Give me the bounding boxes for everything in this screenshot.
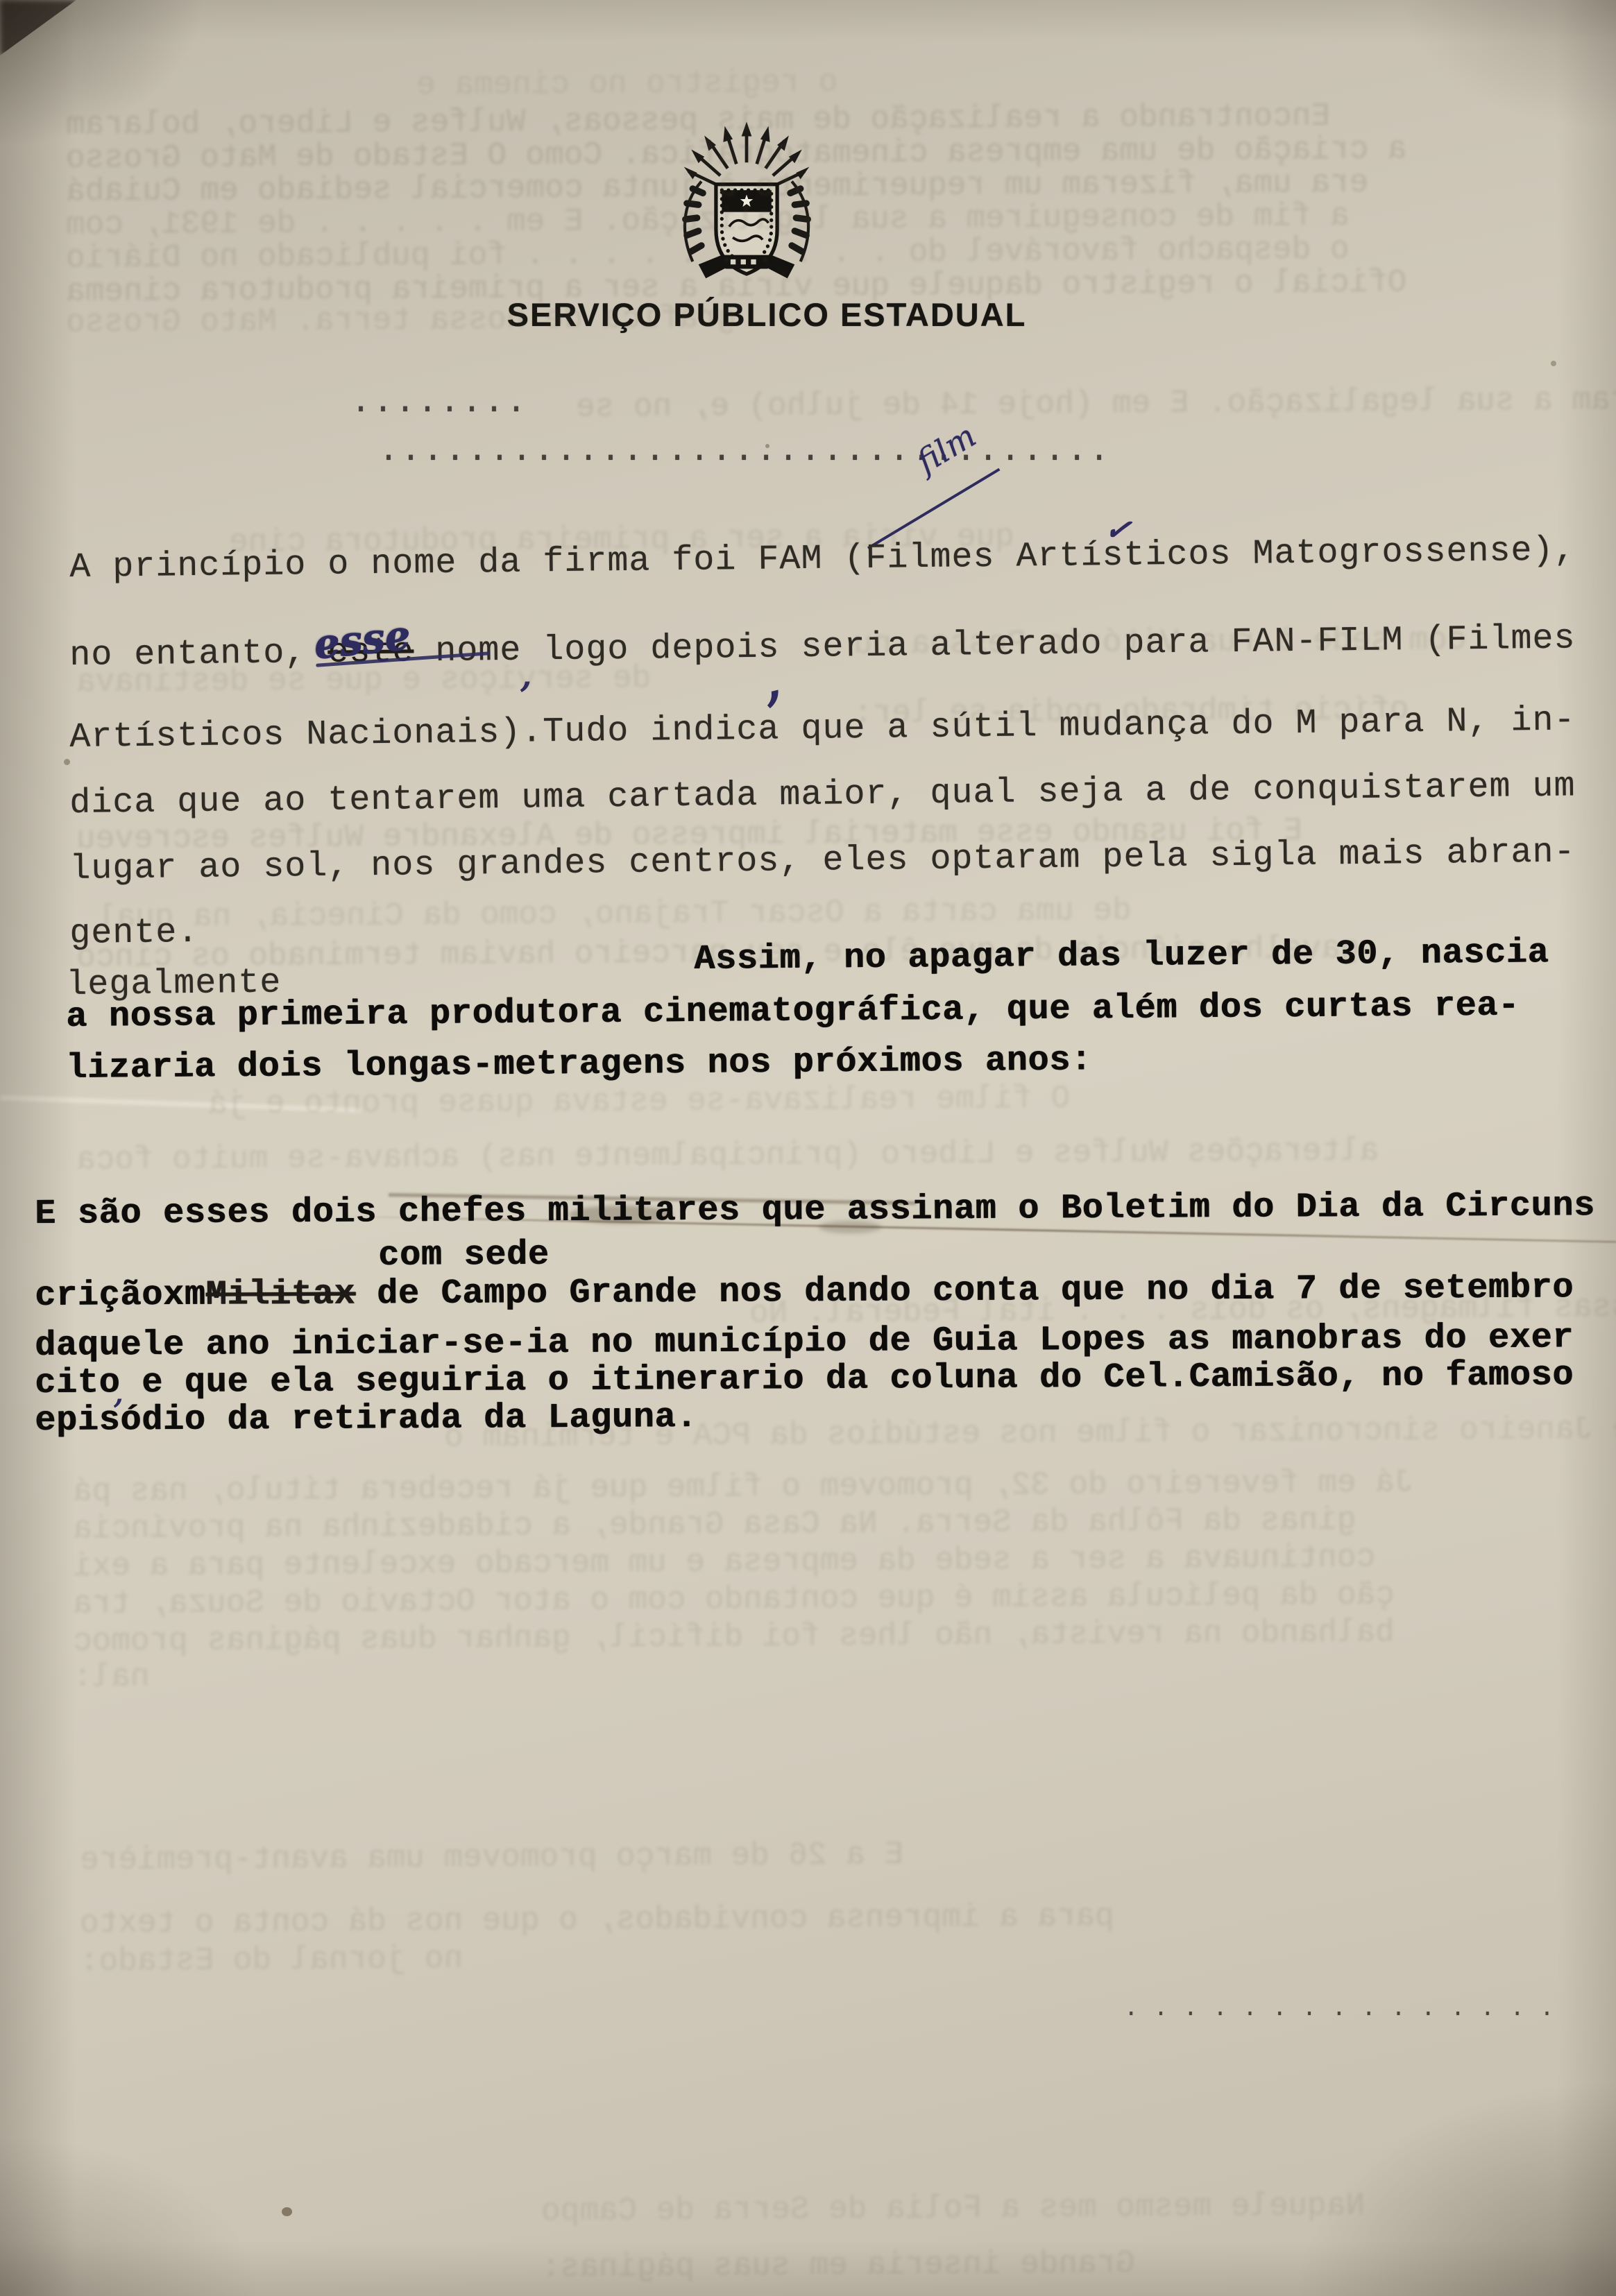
typed-line: a nossa primeira produtora cinematográfi… <box>66 986 1520 1037</box>
typed-line: E são esses dois chefes militares que as… <box>35 1186 1595 1234</box>
typed-line: cito e que ela seguiria o itinerario da … <box>35 1355 1574 1403</box>
struck-word: Militax <box>205 1275 355 1315</box>
handwritten-comma: , <box>114 1378 124 1410</box>
bleedthrough-line: de uma carta a Oscar Trajano, como da Ci… <box>97 893 1132 936</box>
bleedthrough-line: de serviços e que se destinava <box>76 660 651 701</box>
bleedthrough-line: ofício timbrado podia-se ler: <box>853 692 1409 732</box>
bleedthrough-line: no jornal do Estado: <box>80 1941 463 1980</box>
corner-shadow <box>0 0 76 55</box>
bleedthrough-line: Naquele mesmo mes a Folia de Serra de Ca… <box>541 2188 1365 2229</box>
bleedthrough-line: balhando na revista, não lhes foi difíci… <box>73 1614 1395 1659</box>
bleedthrough-line: tiram a sua legalização. E em (hoje 14 d… <box>576 382 1616 426</box>
bleedthrough-line: alterações Wulfes e Libero (principalmen… <box>76 1133 1379 1178</box>
typed-segment: criçãoxm <box>35 1276 206 1316</box>
bleedthrough-line: o registro no cinema e <box>416 65 838 103</box>
stain-speck <box>64 759 70 765</box>
bleedthrough-line: para a imprensa convidados, o que nos dá… <box>80 1899 1114 1942</box>
stain-speck <box>1551 361 1556 366</box>
bleedthrough-line: gráfica de nossa terra. Mato Grosso <box>66 300 737 341</box>
bleedthrough-line: Grande inseria em suas páginas: <box>541 2245 1135 2286</box>
inserted-phrase-com-sede: com sede <box>378 1235 550 1276</box>
stain-speck <box>282 2207 292 2216</box>
bleedthrough-line: O filme realizava-se estava quase pronto… <box>208 1081 1071 1123</box>
bleedthrough-line: Concluídas essas filmagens, os dois . . … <box>749 1287 1616 1331</box>
bleedthrough-line: nal: <box>73 1659 150 1696</box>
stain-speck <box>765 444 769 448</box>
bleedthrough-line: que viria a ser a primeira produtora cin… <box>229 519 1014 560</box>
dotted-leader-bottom: . . . . . . . . . . . . . . . <box>1124 1996 1555 2023</box>
scanned-document-page: SERVIÇO PÚBLICO ESTADUAL ........ ......… <box>0 0 1616 2296</box>
bleedthrough-line: com sede à rua Vitório Pessoa nu <box>853 622 1467 662</box>
bleedthrough-line: E a 26 de março promovem uma avant-premi… <box>80 1837 903 1878</box>
typed-line: dica que ao tentarem uma cartada maior, … <box>69 766 1576 823</box>
dotted-leader-short: ........ <box>350 383 528 422</box>
dotted-leader-long: ................................. <box>378 431 1111 471</box>
